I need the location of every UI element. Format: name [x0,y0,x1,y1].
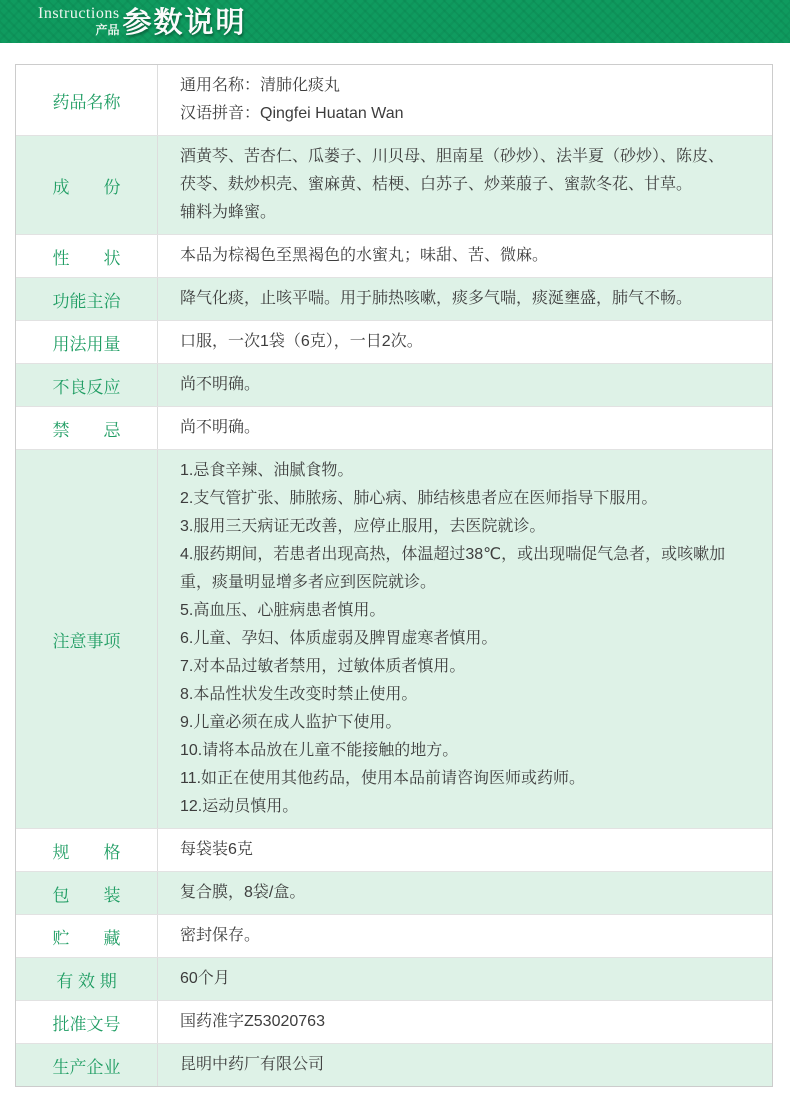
content-line: 11.如正在使用其他药品，使用本品前请咨询医师或药师。 [180,765,754,793]
row-label: 生产企业 [16,1044,158,1086]
table-row: 批准文号 国药准字Z53020763 [16,1001,772,1044]
table-row: 贮 藏 密封保存。 [16,915,772,958]
row-content: 通用名称：清肺化痰丸汉语拼音：Qingfei Huatan Wan [158,65,772,135]
row-content: 尚不明确。 [158,364,772,406]
content-line: 口服，一次1袋（6克），一日2次。 [180,328,754,356]
row-label: 贮 藏 [16,915,158,957]
table-row: 成 份 酒黄芩、苦杏仁、瓜蒌子、川贝母、胆南星（砂炒）、法半夏（砂炒）、陈皮、茯… [16,136,772,235]
row-label: 有 效 期 [16,958,158,1000]
table-row: 生产企业 昆明中药厂有限公司 [16,1044,772,1086]
row-content: 复合膜，8袋/盒。 [158,872,772,914]
content-line: 6.儿童、孕妇、体质虚弱及脾胃虚寒者慎用。 [180,625,754,653]
row-content: 密封保存。 [158,915,772,957]
content-line: 7.对本品过敏者禁用，过敏体质者慎用。 [180,653,754,681]
content-line: 12.运动员慎用。 [180,793,754,821]
row-content: 1.忌食辛辣、油腻食物。2.支气管扩张、肺脓疡、肺心病、肺结核患者应在医师指导下… [158,450,772,828]
row-label: 性 状 [16,235,158,277]
content-line: 9.儿童必须在成人监护下使用。 [180,709,754,737]
table-row: 性 状 本品为棕褐色至黑褐色的水蜜丸；味甜、苦、微麻。 [16,235,772,278]
table-row: 注意事项 1.忌食辛辣、油腻食物。2.支气管扩张、肺脓疡、肺心病、肺结核患者应在… [16,450,772,829]
content-line: 复合膜，8袋/盒。 [180,879,754,907]
content-line: 汉语拼音：Qingfei Huatan Wan [180,100,754,128]
row-content: 昆明中药厂有限公司 [158,1044,772,1086]
content-line: 降气化痰，止咳平喘。用于肺热咳嗽，痰多气喘，痰涎壅盛，肺气不畅。 [180,285,754,313]
row-content: 尚不明确。 [158,407,772,449]
content-line: 昆明中药厂有限公司 [180,1051,754,1079]
row-label: 规 格 [16,829,158,871]
row-content: 本品为棕褐色至黑褐色的水蜜丸；味甜、苦、微麻。 [158,235,772,277]
row-label: 注意事项 [16,450,158,828]
content-line: 辅料为蜂蜜。 [180,199,754,227]
banner-title-cn-small: 产品 [96,24,120,36]
row-label: 包 装 [16,872,158,914]
row-label: 功能主治 [16,278,158,320]
spec-table: 药品名称 通用名称：清肺化痰丸汉语拼音：Qingfei Huatan Wan 成… [15,64,773,1087]
row-label: 药品名称 [16,65,158,135]
table-row: 用法用量 口服，一次1袋（6克），一日2次。 [16,321,772,364]
row-content: 酒黄芩、苦杏仁、瓜蒌子、川贝母、胆南星（砂炒）、法半夏（砂炒）、陈皮、茯苓、麸炒… [158,136,772,234]
row-label: 批准文号 [16,1001,158,1043]
content-line: 本品为棕褐色至黑褐色的水蜜丸；味甜、苦、微麻。 [180,242,754,270]
content-line: 每袋装6克 [180,836,754,864]
table-row: 药品名称 通用名称：清肺化痰丸汉语拼音：Qingfei Huatan Wan [16,65,772,136]
content-line: 酒黄芩、苦杏仁、瓜蒌子、川贝母、胆南星（砂炒）、法半夏（砂炒）、陈皮、 [180,143,754,171]
content-line: 国药准字Z53020763 [180,1008,754,1036]
banner-title-lockup: Instructions 产品 参数说明 [38,6,247,38]
content-line: 密封保存。 [180,922,754,950]
row-label: 成 份 [16,136,158,234]
content-line: 3.服用三天病证无改善，应停止服用，去医院就诊。 [180,513,754,541]
table-row: 包 装 复合膜，8袋/盒。 [16,872,772,915]
row-content: 降气化痰，止咳平喘。用于肺热咳嗽，痰多气喘，痰涎壅盛，肺气不畅。 [158,278,772,320]
banner-title-cn-main: 参数说明 [123,9,247,38]
content-line: 4.服药期间，若患者出现高热，体温超过38℃，或出现喘促气急者，或咳嗽加重，痰量… [180,541,754,597]
content-line: 5.高血压、心脏病患者慎用。 [180,597,754,625]
content-line: 尚不明确。 [180,414,754,442]
row-label: 不良反应 [16,364,158,406]
row-content: 每袋装6克 [158,829,772,871]
row-content: 国药准字Z53020763 [158,1001,772,1043]
row-content: 口服，一次1袋（6克），一日2次。 [158,321,772,363]
table-row: 有 效 期 60个月 [16,958,772,1001]
content-line: 2.支气管扩张、肺脓疡、肺心病、肺结核患者应在医师指导下服用。 [180,485,754,513]
content-line: 1.忌食辛辣、油腻食物。 [180,457,754,485]
banner-title-en: Instructions [38,6,120,22]
row-label: 用法用量 [16,321,158,363]
content-line: 通用名称：清肺化痰丸 [180,72,754,100]
row-label: 禁 忌 [16,407,158,449]
content-line: 10.请将本品放在儿童不能接触的地方。 [180,737,754,765]
content-line: 尚不明确。 [180,371,754,399]
content-line: 8.本品性状发生改变时禁止使用。 [180,681,754,709]
banner-title-left: Instructions 产品 [38,6,120,38]
content-line: 茯苓、麸炒枳壳、蜜麻黄、桔梗、白苏子、炒莱菔子、蜜款冬花、甘草。 [180,171,754,199]
table-row: 不良反应 尚不明确。 [16,364,772,407]
table-row: 功能主治 降气化痰，止咳平喘。用于肺热咳嗽，痰多气喘，痰涎壅盛，肺气不畅。 [16,278,772,321]
row-content: 60个月 [158,958,772,1000]
header-banner: Instructions 产品 参数说明 [0,0,790,43]
table-row: 规 格 每袋装6克 [16,829,772,872]
table-row: 禁 忌 尚不明确。 [16,407,772,450]
content-line: 60个月 [180,965,754,993]
